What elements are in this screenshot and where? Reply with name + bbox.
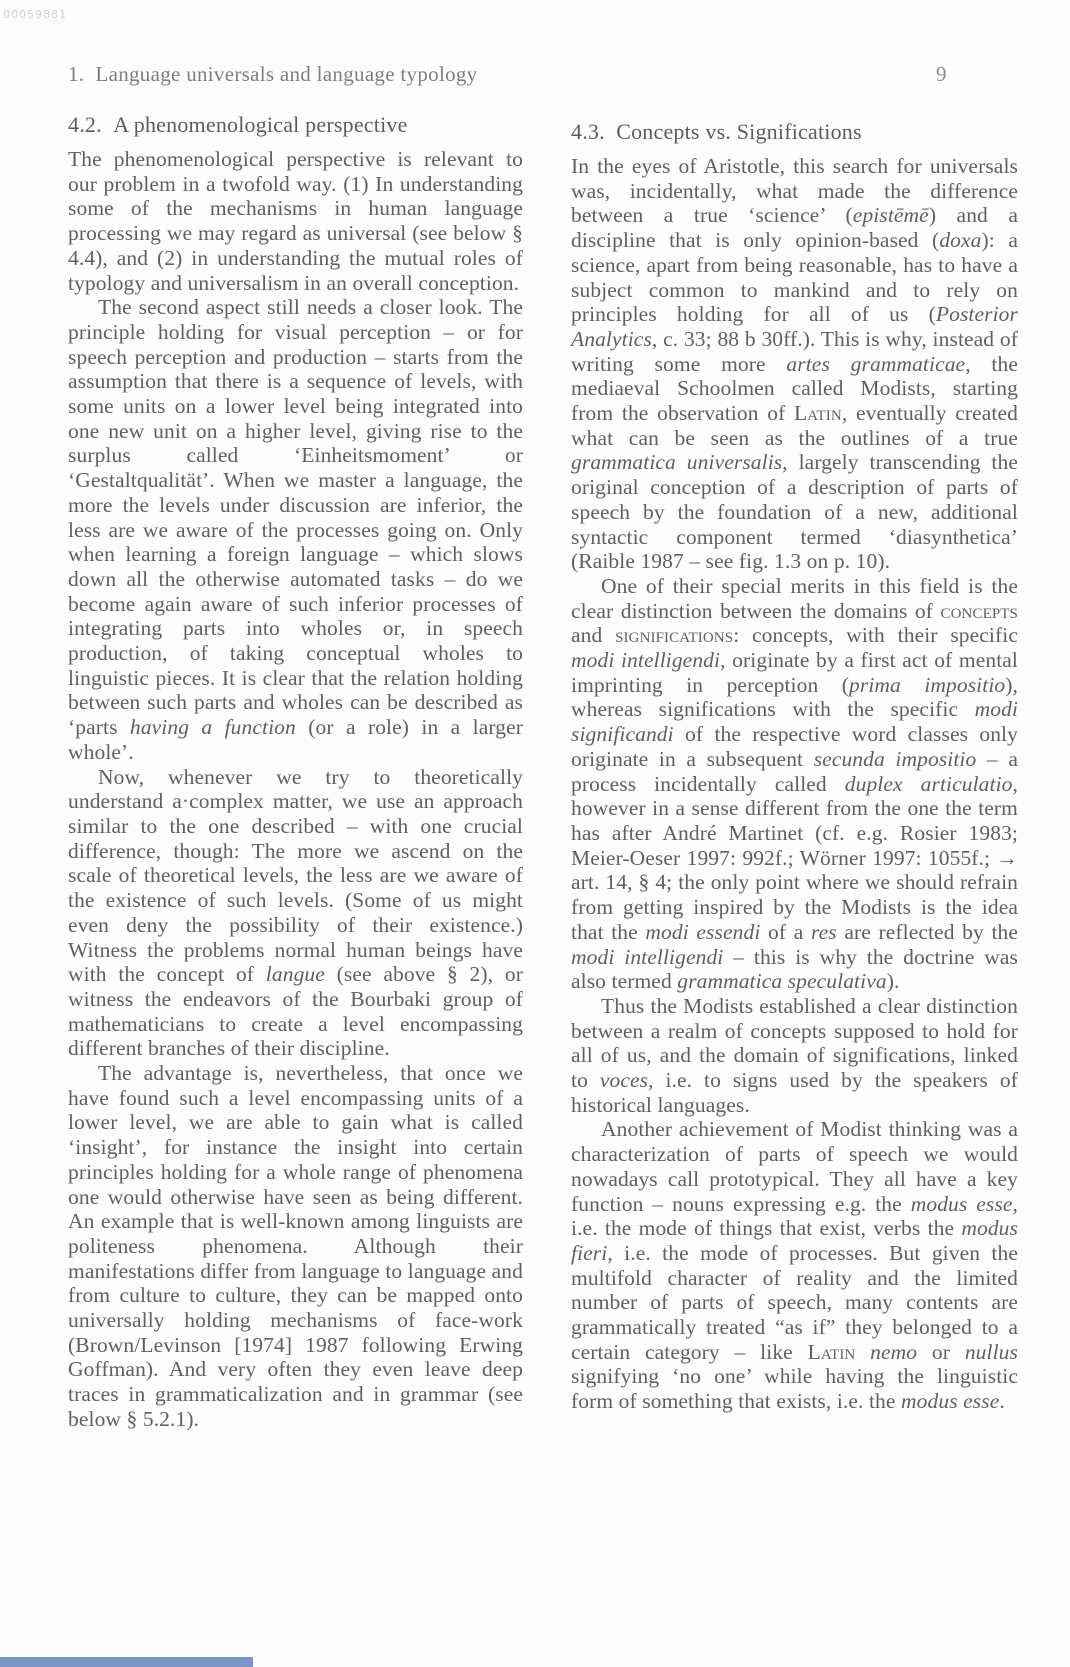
text-run: modi intelligendi [571,945,723,969]
text-run: epistēmē [853,203,929,227]
running-title: 1. Language universals and language typo… [68,62,477,87]
text-run [855,1340,870,1364]
paragraph: Thus the Modists established a clear dis… [571,994,1018,1118]
text-run: prima impositio [849,673,1005,697]
text-run: doxa [939,228,981,252]
text-run: modus esse [911,1192,1013,1216]
text-run: artes grammaticae [786,352,965,376]
paragraph: The advantage is, nevertheless, that onc… [68,1061,523,1432]
text-run: significations [615,623,733,647]
paragraph: The phenomenological perspective is rele… [68,147,523,295]
left-column-paragraphs: The phenomenological perspective is rele… [68,147,523,1432]
text-run: Latin [794,401,842,425]
text-run: modi essendi [645,920,760,944]
text-run: are reflected by the [837,920,1018,944]
paragraph: One of their special merits in this fiel… [571,574,1018,994]
paragraph: Now, whenever we try to theoretically un… [68,765,523,1061]
text-run: modi intelligendi [571,648,720,672]
text-run: The second aspect still needs a closer l… [68,295,523,739]
page-number: 9 [936,62,947,87]
text-run: res [811,920,837,944]
section-heading-4-2: 4.2. A phenomenological perspective [68,112,523,138]
scanned-book-page: 00059881 1. Language universals and lang… [0,0,1070,1667]
paragraph: In the eyes of Aristotle, this search fo… [571,154,1018,574]
text-run: secunda impositio [814,747,977,771]
scan-artifact-bar [0,1657,253,1667]
text-run: concepts [941,599,1019,623]
scan-number: 00059881 [3,8,67,21]
text-run: The advantage is, nevertheless, that onc… [68,1061,523,1431]
right-column-paragraphs: In the eyes of Aristotle, this search fo… [571,154,1018,1414]
left-column: 4.2. A phenomenological perspective The … [68,112,523,1432]
text-run: ). [887,969,900,993]
text-run: : concepts, with their specific [733,623,1018,647]
two-column-text: 4.2. A phenomenological perspective The … [68,112,1018,1432]
text-run: nemo [870,1340,917,1364]
text-run: grammatica speculativa [677,969,886,993]
text-run: voces [600,1068,648,1092]
text-run: Now, whenever we try to theoretically un… [68,765,523,987]
paragraph: The second aspect still needs a closer l… [68,295,523,764]
text-run: duplex articulatio [845,772,1013,796]
text-run: Latin [808,1340,856,1364]
text-run: The phenomenological perspective is rele… [68,147,523,295]
text-run: and [571,623,615,647]
paragraph: Another achievement of Modist thinking w… [571,1117,1018,1413]
text-run: or [917,1340,965,1364]
text-run: modus esse [901,1389,999,1413]
section-heading-4-3: 4.3. Concepts vs. Significations [571,119,1018,145]
text-run: of a [760,920,811,944]
right-column: 4.3. Concepts vs. Significations In the … [571,119,1018,1432]
text-run: , however in a sense different from the … [571,772,1018,944]
text-run: nullus [965,1340,1018,1364]
text-run: langue [266,962,325,986]
text-run: having a function [130,715,296,739]
text-run: grammatica universalis [571,450,782,474]
text-run: . [999,1389,1004,1413]
